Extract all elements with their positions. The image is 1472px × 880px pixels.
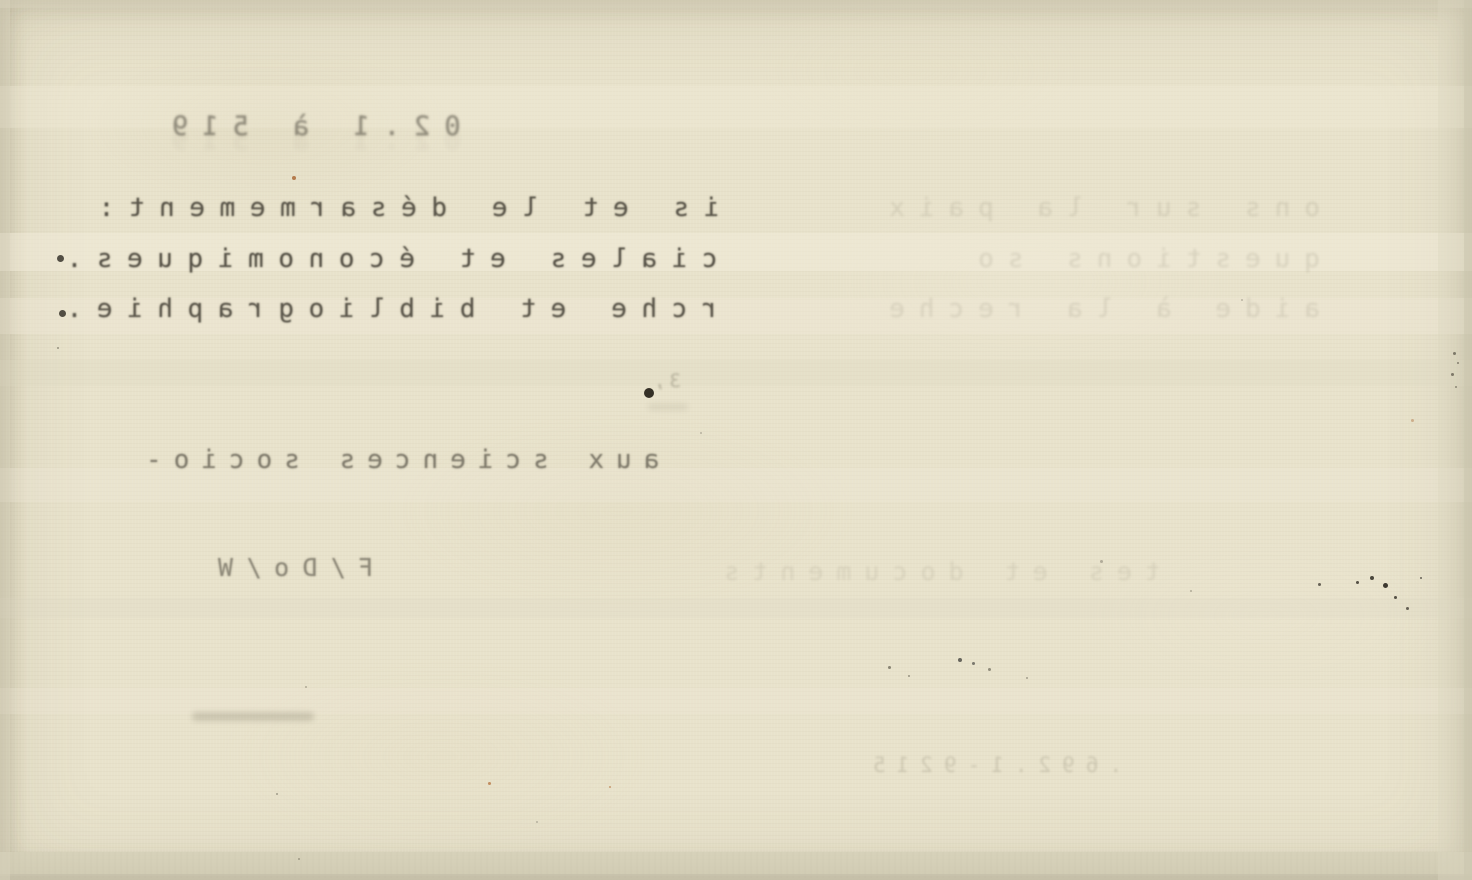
- ink-fleck: [1420, 577, 1422, 579]
- edge-squiggle: [1453, 352, 1456, 355]
- text-line-socio: aux sciences socio-: [134, 444, 690, 477]
- paper-speck: [57, 347, 59, 349]
- paper-tone-band: [0, 852, 1472, 876]
- paper-edge-band: [0, 0, 10, 880]
- paper-edge-band: [1438, 0, 1472, 880]
- ghost-line-2: questions so: [760, 243, 1320, 276]
- rust-speck: [609, 786, 611, 788]
- paper-speck: [276, 793, 278, 795]
- scanned-paper-page: 02.1 à 519ons sur la paixis et le désarm…: [0, 0, 1472, 880]
- paper-speck: [700, 432, 702, 434]
- faint-smudge: [648, 404, 688, 410]
- paper-speck: [536, 821, 538, 823]
- ink-fleck: [1383, 583, 1388, 588]
- dot-mark: [958, 658, 962, 662]
- edge-squiggle: [1457, 362, 1459, 364]
- paper-tone-band: [0, 0, 1472, 8]
- ink-fleck: [1356, 581, 1359, 584]
- reference-number: .692.1-9215: [862, 752, 1130, 778]
- edge-squiggle: [1451, 373, 1454, 376]
- paper-tone-band: [0, 360, 1472, 386]
- ink-fleck: [1394, 596, 1397, 599]
- rust-speck: [292, 176, 296, 180]
- header-line: 02.1 à 519: [158, 110, 492, 144]
- text-line-1: is et le désarmement:: [84, 192, 760, 225]
- ghost-line-3: aide à la reche: [760, 293, 1320, 326]
- faint-mark-3: 3,: [650, 370, 702, 394]
- dot-mark: [888, 666, 891, 669]
- rust-speck: [1411, 419, 1414, 422]
- text-line-2: ciales et économiques.: [52, 243, 760, 276]
- dot-mark: [908, 675, 910, 677]
- scanner-bottom-band: [0, 852, 1472, 878]
- paper-tone-band: [0, 688, 1472, 714]
- edge-squiggle: [1455, 386, 1457, 388]
- paper-edge-band: [1464, 0, 1472, 880]
- dot-mark: [988, 668, 991, 671]
- faint-smudge: [192, 712, 314, 721]
- paper-tone-band: [0, 598, 1472, 618]
- dot-mark: [1026, 677, 1028, 679]
- ghost-line-4: tes et documents: [760, 556, 1160, 587]
- paper-speck: [1190, 590, 1192, 592]
- ink-fleck: [1318, 583, 1321, 586]
- ink-fleck: [1370, 576, 1374, 580]
- rust-speck: [488, 782, 491, 785]
- ghost-line-1: ons sur la paix: [760, 192, 1320, 225]
- paper-speck: [305, 686, 307, 688]
- typist-initials: F/Do/W: [205, 552, 395, 583]
- dot-mark: [972, 662, 975, 665]
- paper-tone-band: [0, 874, 1472, 880]
- text-line-3: rche et bibliographie.: [52, 293, 760, 326]
- paper-speck: [298, 858, 300, 860]
- ink-fleck: [1406, 607, 1409, 610]
